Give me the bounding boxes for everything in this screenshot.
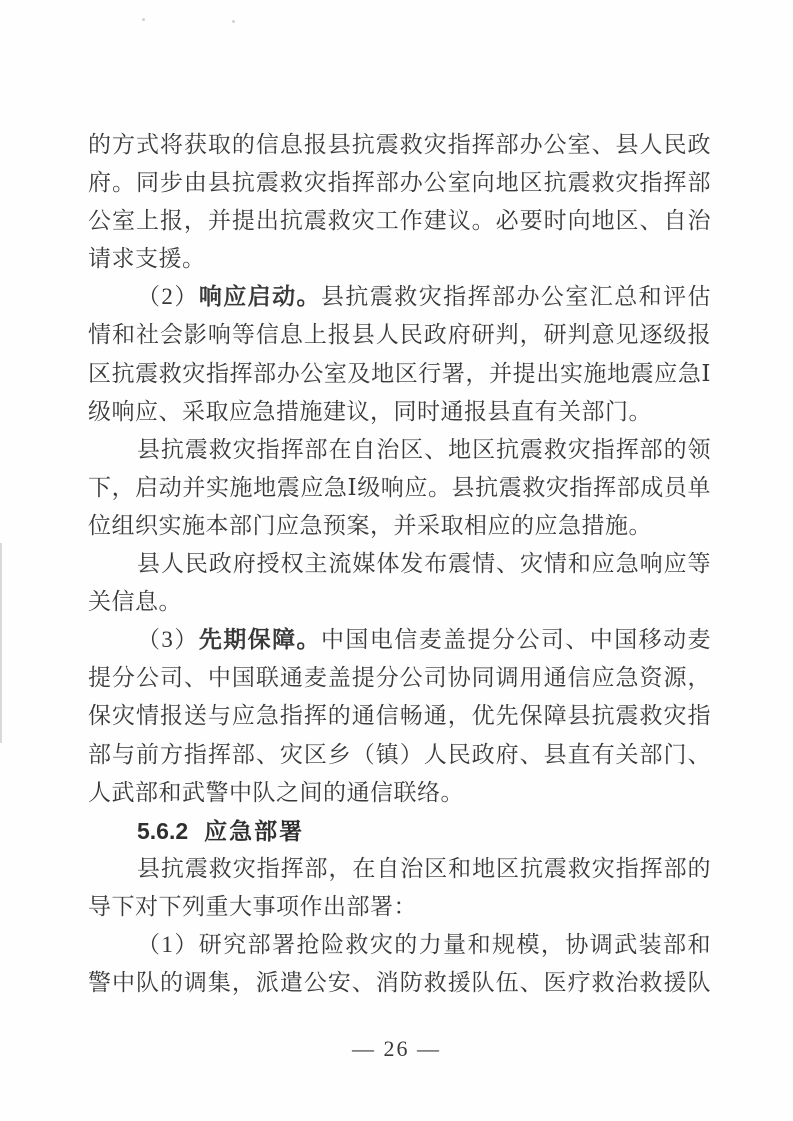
- scan-speck: [142, 18, 145, 21]
- body-text-line: 警中队的调集，派遣公安、消防救援队伍、医疗救治救援队等: [88, 964, 711, 1002]
- document-body: 的方式将获取的信息报县抗震救灾指挥部办公室、县人民政 府。同步由县抗震救灾指挥部…: [88, 126, 711, 1002]
- scanned-document-page: 的方式将获取的信息报县抗震救灾指挥部办公室、县人民政 府。同步由县抗震救灾指挥部…: [0, 0, 793, 1121]
- body-text-line: 位组织实施本部门应急预案，并采取相应的应急措施。: [88, 507, 711, 545]
- body-text-line: 县抗震救灾指挥部，在自治区和地区抗震救灾指挥部的领: [88, 850, 711, 888]
- body-text-line: 府。同步由县抗震救灾指挥部办公室向地区抗震救灾指挥部办: [88, 164, 711, 202]
- body-text-line: 保灾情报送与应急指挥的通信畅通，优先保障县抗震救灾指挥: [88, 697, 711, 735]
- body-text-line: （3）先期保障。中国电信麦盖提分公司、中国移动麦盖: [88, 621, 711, 659]
- body-text-line: 县人民政府授权主流媒体发布震情、灾情和应急响应等相: [88, 545, 711, 583]
- list-item-number: （2）: [137, 284, 199, 309]
- section-heading-5-6-2: 5.6.2应急部署: [88, 812, 711, 850]
- body-text-line: 公室上报，并提出抗震救灾工作建议。必要时向地区、自治区: [88, 202, 711, 240]
- body-text-line: 县抗震救灾指挥部在自治区、地区抗震救灾指挥部的领导: [88, 431, 711, 469]
- body-text-line: 部与前方指挥部、灾区乡（镇）人民政府、县直有关部门、县: [88, 736, 711, 774]
- body-text-line: （2）响应启动。县抗震救灾指挥部办公室汇总和评估震: [88, 278, 711, 316]
- section-title: 应急部署: [204, 818, 304, 844]
- body-text-line: 请求支援。: [88, 240, 711, 278]
- body-text-line: 区抗震救灾指挥部办公室及地区行署，并提出实施地震应急Ⅰ: [88, 355, 711, 393]
- scan-speck: [232, 20, 235, 23]
- body-text-line: 下，启动并实施地震应急Ⅰ级响应。县抗震救灾指挥部成员单: [88, 469, 711, 507]
- body-text-line: 提分公司、中国联通麦盖提分公司协同调用通信应急资源，确: [88, 659, 711, 697]
- scan-edge-artifact: [0, 543, 2, 743]
- page-number: — 26 —: [0, 1036, 793, 1062]
- bold-run-title: 响应启动。: [199, 284, 321, 309]
- body-text-line: 关信息。: [88, 583, 711, 621]
- list-item-number: （3）: [137, 627, 199, 652]
- bold-run-title: 先期保障。: [199, 627, 321, 652]
- body-text-line: 情和社会影响等信息上报县人民政府研判，研判意见逐级报地: [88, 316, 711, 354]
- body-text-line: 级响应、采取应急措施建议，同时通报县直有关部门。: [88, 393, 711, 431]
- body-text-line: （1）研究部署抢险救灾的力量和规模，协调武装部和武: [88, 926, 711, 964]
- section-number: 5.6.2: [137, 818, 188, 844]
- body-text-line: 的方式将获取的信息报县抗震救灾指挥部办公室、县人民政: [88, 126, 711, 164]
- body-text-line: 导下对下列重大事项作出部署：: [88, 888, 711, 926]
- body-text-line: 人武部和武警中队之间的通信联络。: [88, 774, 711, 812]
